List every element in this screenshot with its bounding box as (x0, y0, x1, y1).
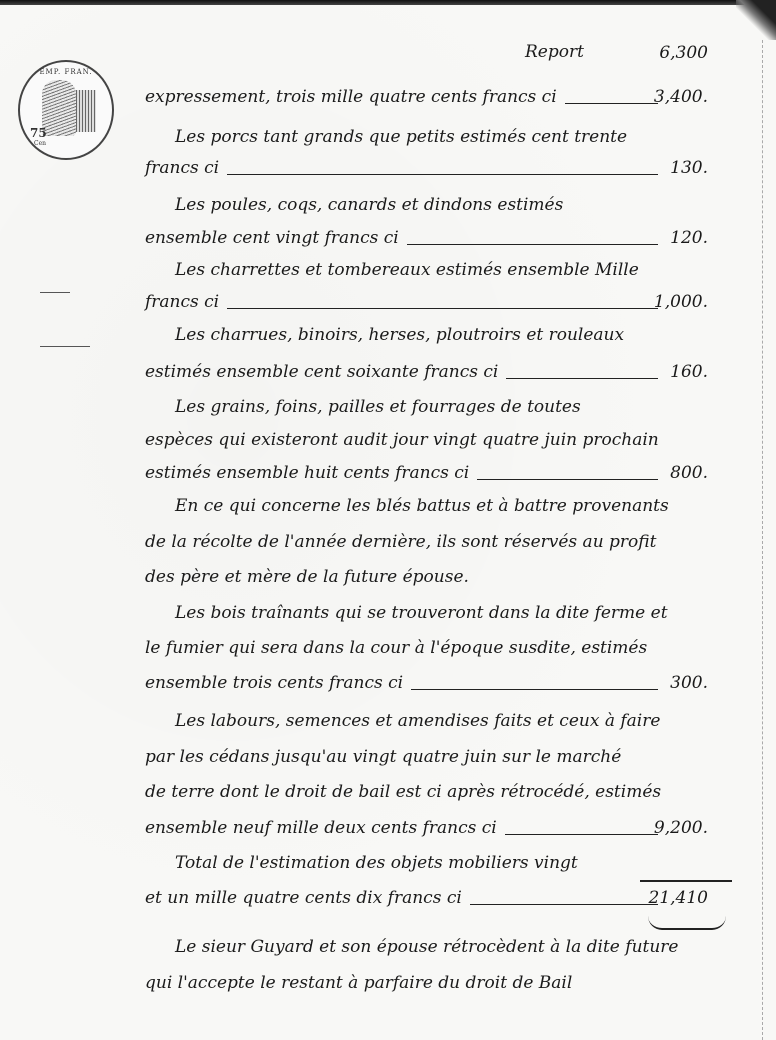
entry-text: de la récolte de l'année dernière, ils s… (145, 532, 656, 552)
entry-amount: 300. (670, 668, 708, 698)
entry-line: ensemble neuf mille deux cents francs ci (145, 813, 715, 843)
entry-text: expressement, trois mille quatre cents f… (145, 87, 557, 107)
carried-forward-amount: 6,300 (659, 38, 708, 68)
entry-text: qui l'accepte le restant à parfaire du d… (145, 973, 572, 993)
total-brace (648, 916, 726, 930)
entry-text: Les grains, foins, pailles et fourrages … (175, 397, 581, 417)
entry-text: ensemble neuf mille deux cents francs ci (145, 818, 497, 838)
stamp-legend: EMP. FRAN. (20, 68, 112, 76)
entry-text: le fumier qui sera dans la cour à l'époq… (145, 638, 647, 658)
leader-line (565, 103, 658, 104)
entry-line: le fumier qui sera dans la cour à l'époq… (145, 633, 715, 663)
entry-amount: 120. (670, 223, 708, 253)
leader-line (227, 174, 658, 175)
entry-line: expressement, trois mille quatre cents f… (145, 82, 715, 112)
entry-line: Les bois traînants qui se trouveront dan… (145, 598, 715, 628)
entry-line: Les poules, coqs, canards et dindons est… (145, 190, 715, 220)
margin-mark (40, 346, 90, 347)
entry-text: ensemble cent vingt francs ci (145, 228, 399, 248)
entry-text: Le sieur Guyard et son épouse rétrocèden… (175, 937, 678, 957)
entry-text: Total de l'estimation des objets mobilie… (175, 853, 578, 873)
entry-line: Le sieur Guyard et son épouse rétrocèden… (145, 932, 715, 962)
entry-text: Les poules, coqs, canards et dindons est… (175, 195, 563, 215)
fiscal-stamp-icon: EMP. FRAN. 75 Cen (18, 60, 114, 160)
entry-amount: 9,200. (654, 813, 708, 843)
entry-line: Total de l'estimation des objets mobilie… (145, 848, 715, 878)
entry-amount: 1,000. (654, 287, 708, 317)
leader-line (470, 904, 658, 905)
entry-line: des père et mère de la future épouse. (145, 562, 715, 592)
stamp-value: 75 (30, 126, 47, 140)
carried-forward-label: Report (525, 42, 584, 62)
entry-line: espèces qui existeront audit jour vingt … (145, 425, 715, 455)
leader-line (506, 378, 658, 379)
entry-amount: 21,410 (649, 883, 708, 913)
entry-line: et un mille quatre cents dix francs ci (145, 883, 715, 913)
total-rule (640, 880, 732, 882)
entry-line: par les cédans jusqu'au vingt quatre jui… (145, 742, 715, 772)
entry-line: Les labours, semences et amendises faits… (145, 706, 715, 736)
entry-text: Les labours, semences et amendises faits… (175, 711, 660, 731)
entry-text: espèces qui existeront audit jour vingt … (145, 430, 659, 450)
scan-top-edge (0, 0, 776, 5)
entry-line: estimés ensemble cent soixante francs ci (145, 357, 715, 387)
entry-text: francs ci (145, 292, 219, 312)
entry-line: En ce qui concerne les blés battus et à … (145, 491, 715, 521)
entry-amount: 3,400. (654, 82, 708, 112)
entry-text: de terre dont le droit de bail est ci ap… (145, 782, 661, 802)
leader-line (407, 244, 658, 245)
entry-text: et un mille quatre cents dix francs ci (145, 888, 462, 908)
entry-line: de terre dont le droit de bail est ci ap… (145, 777, 715, 807)
stamp-unit: Cen (34, 140, 46, 147)
entry-line: ensemble cent vingt francs ci (145, 223, 715, 253)
entry-line: Les porcs tant grands que petits estimés… (145, 122, 715, 152)
entry-text: francs ci (145, 158, 219, 178)
entry-line: francs ci (145, 153, 715, 183)
entry-text: Les charrues, binoirs, herses, ploutroir… (175, 325, 624, 345)
document-page: EMP. FRAN. 75 Cen Report 6,300 expressem… (0, 0, 776, 1040)
seated-figure-icon (42, 80, 76, 136)
entry-line: qui l'accepte le restant à parfaire du d… (145, 968, 715, 998)
leader-line (505, 834, 658, 835)
entry-line: de la récolte de l'année dernière, ils s… (145, 527, 715, 557)
entry-line: ensemble trois cents francs ci (145, 668, 715, 698)
entry-text: En ce qui concerne les blés battus et à … (175, 496, 669, 516)
entry-text: estimés ensemble huit cents francs ci (145, 463, 469, 483)
margin-mark (40, 292, 70, 293)
entry-text: des père et mère de la future épouse. (145, 567, 469, 587)
entry-text: estimés ensemble cent soixante francs ci (145, 362, 498, 382)
entry-amount: 130. (670, 153, 708, 183)
entry-text: Les porcs tant grands que petits estimés… (175, 127, 627, 147)
margin-fold-line (762, 40, 764, 1040)
leader-line (227, 308, 658, 309)
entry-amount: 160. (670, 357, 708, 387)
entry-text: Les bois traînants qui se trouveront dan… (175, 603, 668, 623)
entry-line: Les charrues, binoirs, herses, ploutroir… (145, 320, 715, 350)
entry-text: par les cédans jusqu'au vingt quatre jui… (145, 747, 621, 767)
folded-corner (736, 0, 776, 40)
entry-line: estimés ensemble huit cents francs ci (145, 458, 715, 488)
entry-text: ensemble trois cents francs ci (145, 673, 403, 693)
entry-line: Les charrettes et tombereaux estimés ens… (145, 255, 715, 285)
leader-line (411, 689, 658, 690)
entry-text: Les charrettes et tombereaux estimés ens… (175, 260, 639, 280)
leader-line (477, 479, 658, 480)
entry-line: francs ci (145, 287, 715, 317)
entry-amount: 800. (670, 458, 708, 488)
entry-line: Les grains, foins, pailles et fourrages … (145, 392, 715, 422)
eagle-shield-icon (76, 90, 96, 132)
